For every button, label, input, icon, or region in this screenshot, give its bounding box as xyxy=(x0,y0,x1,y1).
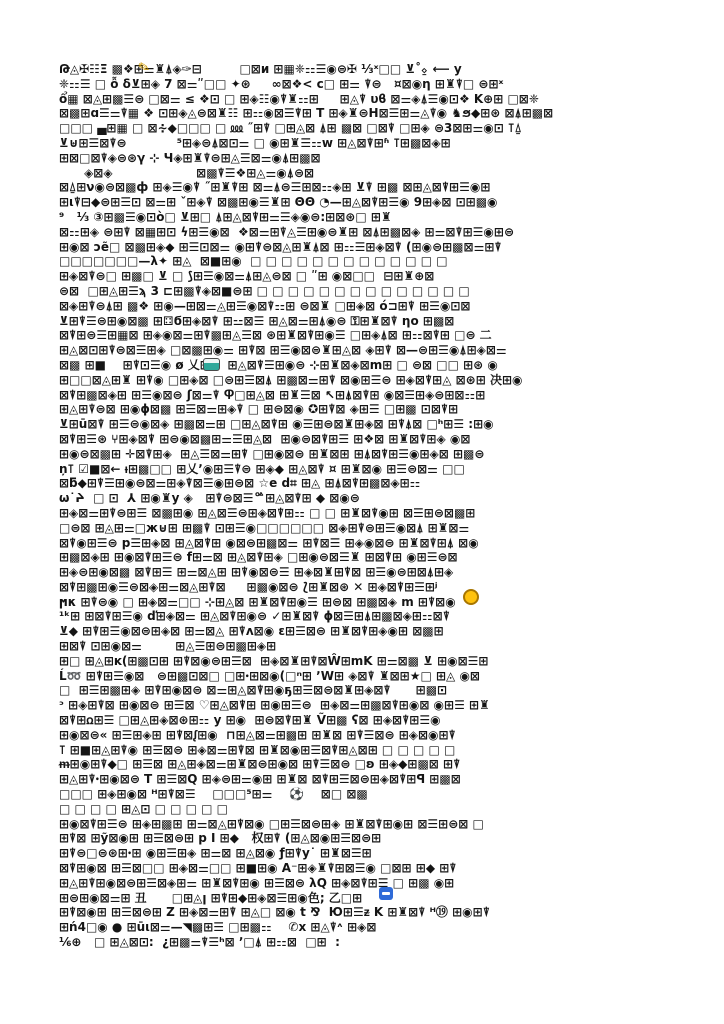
yellow-dot-icon xyxy=(463,589,479,605)
text-line-43: □ ⊞☰⊞▩⊞◈ ⊞⍒⊞◉⊠⊜ ⊠⚌⊞◬⊠⍒⊞◉ҕ⊞☰⊠⊜⊠♜⊞◈⊠⍒ ⊞▩⊡ xyxy=(59,683,715,698)
text-line-32: □⊜⊠ ⊞◬⊞⚌□ж⊎⊞ ⊞▩⍒ ⊡⊞☰◉□□□□□□ ⊠◈⊞⍒⊜⊞☰◉⊠⍋ ⊞… xyxy=(59,521,715,536)
text-line-36: ⊠⍒⊞▩⊞◉☰⊜⊠◈⊞⚌⊠◬⊞⍒⊠ ⊞▩◉⊠⊜ ⟅⊞♜⊠⊛ ✕ ⊞◈⊠⍒⊞☰⊞ʲ xyxy=(59,580,715,595)
text-line-37: ϻκ ⊞⍒⊜◉ □ ⊞◈⊠⚌□□ ⊹⊞◬⊠ ⊞♜⊠⍒⊞◉☰ ⊞⊜⊠ ⊞▩⊠◈ m… xyxy=(59,595,715,610)
text-line-58: ⊞⍒⊠◉⊞ ⊞☰⊠⊜⊞ Z ⊞◈⊠⚌⊞⍒ ⊞◬□ ⊠◉ t ⅋ Ю⊞☰ᵶ K ⊞… xyxy=(59,905,715,920)
text-line-11: ⁹ ⅓ ③⊞▩☰◉⊡ὸ□ ⊻⊞□ ⍋⊞◬⊠⍒⊞⚌☰◈◉⊜:⊞⊠⊛□ ⊞♜ xyxy=(59,210,715,225)
text-line-35: ⊞◈⊜⊞◉⊠▩ ⊠⍒⊞☰ ⊞⚌⊠◬⊞ ⊞⍒◉⊠⊜☰ ⊞◈⊠♜⊞⍒⊠ ⊞☰◉⊜⊞⊠… xyxy=(59,565,715,580)
minus-bar xyxy=(382,892,390,895)
text-line-50: □□□ ⊞◈⊞◉⊠ ᵸ⊞⍒⊠☰ □□□⁵⊞⚌ ⚽ ⊠□ ⊠▩ xyxy=(59,787,715,802)
blue-minus-badge-icon xyxy=(379,887,393,900)
text-line-15: ⊞◈⊠⍒⊜□ ⊞▩□ ⊻ □ ⟆⊞☰◉⊠⚌⍋⊞◬⊜⊠ □ ʺ⊞ ◉⊠□□ ⊟⊞♜… xyxy=(59,269,715,284)
text-line-26: ⊠⍒⊞☰⊛ ⑂⊞◈⊠⍒ ⊞⊜◉⊠▩⊞⚌☰⊞◬⊠ ⊞◉⊜⊠⍒⊞☰ ⊞❖⊠ ⊞♜⊠⍒… xyxy=(59,432,715,447)
text-line-59: ⊞ń4□◉ ● ⊞ūι⊠⚌—◥▩⊞☰ □⊞▩⚏ ✆x ⊞◬⍒ᶺ ⊞◈⊠ xyxy=(59,920,715,935)
text-line-39: ⊻◆ ⊞⍒⊞☰◉⊠⊜⊞◈⊠ ⊞⚌⊠◬ ⊞⍒ʌ⊠◉ ε⊞☰⊠⊜ ⊞♜⊠⍒⊞◈◉⊞ … xyxy=(59,624,715,639)
text-line-27: ⊞◉⊜⊠▩⊞ ✛⊠⍒⊞◈ ⊞◬☰⊠⚌⊞⍒ □⊞◉⊠⊜ ⊞♜⊠⊞ ⊞⍋⊠⍒⊞☰◉⊞… xyxy=(59,447,715,462)
text-line-29: ⊠ƃ◆⊞⍒☰⊞◉⊜⊠⚌⊞◈⍒⊠☰◉⊞⊜⊠ ☆e d⌗ ⊞◬ ⊞⍋⊠⍒⊞▩⊠◈⊞⚏ xyxy=(59,476,715,491)
text-line-44: ᵓ ⊞◈⊞⍒⊠ ⊞◉⊠⊜ ⊞☰⊠ ♡⊞◬⊠⍒⊞ ⊞◉⊞☰⊜ ⊞◈⊠⚌⊞▩⊠⍒⊞◉… xyxy=(59,698,715,713)
text-line-24: ⊞◬⊞⍒⊜⊠ ⊞◉ϕ⊠▩ ⊞☰⊠⚌⊞◈⍒ □ ⊞⊜⊠◉ ✪⊞⍒⊠ ◈⊞☰ □⊞▩… xyxy=(59,402,715,417)
text-line-41: ⊞□ ⊞◬⊞ĸ(⊞▩⊡⊞ ⊞⍒⊠◉⊜⊞☰⊠ ⊞◈⊠♜⊞⍒⊠Ŵ⊞mK ⊞⚌⊠▩ ⊻… xyxy=(59,654,715,669)
text-line-7: ⊞⊠□⊠⍒◈⊜⊛γ ⊹ Ч◈⊞♜⍒⊜⊞◬☰⊠⚌◉⍋⊞▩⊠ xyxy=(59,151,715,166)
text-line-60: ⅙⊕ □ ⊞◬⊠⊡: ¿⊞▩⚌⍒☰ʰ⊠ ʼ□⍋ ⊞⚏⊠ □⊞ : xyxy=(59,935,715,950)
text-line-49: ⊞◬⊞⍒ꞏ⊞◉⊠⊜ T ⊞☰⊠Q ⊞◈⊜⊞⚌◉⊞ ⊞♜⊠ ⊠⍒⊞☰⊠⊜⊞◈⊠⍒⊞… xyxy=(59,772,715,787)
text-line-42: Ĺ➿ ⊞⍒⊞☰◉⊠ ⊜⊞▩⊡⊠□ □⊞ꞏ⊞⊠◉(□ⁿ⊞ ʼW⊞ ◈⊠⍒ ♜⊠⊞★… xyxy=(59,669,715,684)
text-line-28: ņ⊺ ☑■⊠← ᵼ⊞▩□□ ⊞乂ʼ◉⊞☰⍒⊜ ⊞◈◆ ⊞◬⊠⍒ ¤ ⊞♜⊠◉ ⊞… xyxy=(59,462,715,477)
text-line-34: ⊞▩⊠◈⊞ ⊞◉⊠⍒⊞☰⊜ f⊞⚌⊠ ⊞◬⊠⍒⊞◈ □⊞◉⊜⊠☰♜ ⊞⊠⍒⊞ ◉… xyxy=(59,550,715,565)
text-line-4: ⊠▩⊞ɑ☰⚌⍒▦ ❖ ⊡⊞◈◬⊜⊠♜☷ ⊞⚏◉⊠☰⍒⊞ T ⊞◈♜⊜H⊠☰⊞⚌◬… xyxy=(59,106,715,121)
text-line-5: □□□ ▄⊞▦ □ ⊠∻◆□□□ □ ⅏ ˝⊞⍒ □⊞◬⊠ ⍋⊞ ▩⊠ □⊠⍒ … xyxy=(59,121,715,136)
text-line-12: ⊠⚏⊞◈ ⊜⊞⍒ ⊠▦⊞⊡ ϟ⊞☰◉⊠ ❖⊠⚌⊞⍒◬☰⊞◉⊜♜⊞ ⊠⍋⊞▩⊠◈ … xyxy=(59,225,715,240)
text-line-2: ❈⚏☰ □ ỗ δ⊻⊞◈ 7 ⊠⚌ʺ□□ ✦⊛ ∞⊠❖< c□ ⊞⚌ ⍒⊜ ¤⊠… xyxy=(59,77,715,92)
text-line-55: ⊠⍒⊞◉⊠ ⊞☰⊠□□ ⊞◈⊠⚌□□ ⊞■⊞◉ A⁻⊞◈♜⍒⊞⊠☰◉ □⊠⊞ ⊞… xyxy=(59,861,715,876)
text-line-46: ⊞◉⊠⊜« ⊞☰⊞◈⊞ ⊞⍒⊠ᶘ⊞◉ ⊓⊞◬⊠⚌⊞▩⊞ ⊞♜⊠ ⊞⍒☰⊠⊜ ⊞◈… xyxy=(59,728,715,743)
text-line-40: ⊞⊠⍒ ⊡⊞◉⊠⚌ ⊞◬☰⊞⊜⊞▩⊞◈⊞ xyxy=(59,639,715,654)
text-line-47: ⊺ ⊞■⊞◬⊞⍒◉ ⊞☰⊠⊜ ⊞◈⊠⚌⊞⍒⊠ ⊞♜⊠◉⊞☰⊠⍒⊞◬⊠⊞ □ □ … xyxy=(59,743,715,758)
text-line-21: ⊠▩ ⊞■ ⊞⍒⊡☰◉ ø 乂⊞◈ ⊞◬⊠⍒☰⊞◉⊜ ⊹⊞♜⊠◈⊠m⊞ □ ⊜⊠… xyxy=(59,358,715,373)
text-line-6: ⊻⊎⊞☰⊠⍒⊜ ⁵⊞◈⊜⍋⊠⊡⚌ □ ◉⊞♜☰⚏w ⊞◬⊠⍒⊞ʱ ⊺⊞▩⊠◈⊞ xyxy=(59,136,715,151)
teal-badge-icon xyxy=(203,358,220,371)
garbled-text-document: Թ◬✠☷Ξ ▩❖⊞⚌♜⍋◈✑⊟ □⊠и ⊞▦❈⚏☰◉⊜✠ ⅓ˣ□□ ⊻˚⍚ ⟵ … xyxy=(59,62,715,950)
text-line-9: ⊠⍙⊞ν◉⊜⊠▩ф ⊞◈☰◉⍒ ˝⊞♜⍒⊞ ⊠⚌⍋⊜☰⊞⊠⚏◈⊞ ⊻⍒ ⊞▩ ⊠… xyxy=(59,180,715,195)
text-line-38: ¹ᵏ⊞ ⊞⊠⍒⊞☰◉ ď⊞◈⊠⚌ ⊞◬⊠⍒⊞◉⊜ ✓⊞♜⊠⍒ ɸ⊠☰⊞⍋⊞▩⊠◈… xyxy=(59,609,715,624)
text-line-54: ⊞⍒⊜□⊜⊛⊞ꞏ⊞ ◉⊞☰⊞◈ ⊞⚌⊠ ⊞◬⊠◉ ƒ⊞⍒y˙ ⊞♜⊠☰⊞ xyxy=(59,846,715,861)
text-line-22: ⊞□□⊠◬⊞♜ ⊞⍒◉ □⊞◈⊠ □⊜⊞☰⊠⍋ ⊞▩⊠⚌⊞⍒ ⊠◉⊞☰⊜ ⊞◈⊠… xyxy=(59,373,715,388)
text-line-30: ω˙ᔨ □ ⊡ ⅄ ⊞◉♜y ◈ ⊞⍒⊜⊠☰ᅆ⊞◬⊠⍒⊞ ◆ ⊠◉⊜ xyxy=(59,491,715,506)
text-line-25: ⊻⊞ū⊠⍒ ⊞☰⊜◉⊠◈ ⊞▩⊠⚌⊞ □⊞◬⊠⍒⊞ ◉☰⊞⊜⊠♜⊞◈⊠ ⊞⍒⍋⊠… xyxy=(59,417,715,432)
text-line-23: ⊠⍒⊞▩⊠◈⊞ ⊞☰◉⊠⊜ ʃ⊠⚌⍒ Ⴔ□⊞◬⊠ ⊞♜☰⊠ ↖⊞⍋⊠⍒⊞ ◉⊠☰… xyxy=(59,388,715,403)
text-line-48: ᵯ⊞◉⊞⍒◆□ ⊞☰⊠ ⊞◬⊞◈⊠⚌⊞♜⊠⊜⊞◉⊠ ⊞⍒☰⊠⊜ □ʚ ⊞◈◆⊞▩… xyxy=(59,757,715,772)
text-line-13: ⊞◉⊠ ͻẽ□ ⊠▩⊞◈◆ ⊞☰⊡⊠⚌ ◉⊞⍒⊜⊠◬⊞♜⍋⊠ ⊞⚏☰⊞◈⊠⍒ (… xyxy=(59,240,715,255)
text-line-1: Թ◬✠☷Ξ ▩❖⊞⚌♜⍋◈✑⊟ □⊠и ⊞▦❈⚏☰◉⊜✠ ⅓ˣ□□ ⊻˚⍚ ⟵ … xyxy=(59,62,715,77)
text-line-19: ⊠⍒⊞⊜☰⊞▦⊠ ⊞◈◉⊠⚌⊞⍒▩⊞◬☰⊠ ⊛⊞♜⊠⍒⊞◉☰ □⊞◈⍋⊠ ⊞⚏⊠… xyxy=(59,328,715,343)
text-line-53: ⊞⍒⊠ ⊞ỹ⊠◉⊞ ⊞☰⊠⊜⊞ p I ⊞◆ 权⊞⍒ (⊞◬⊠◉⊞☰⊠⊜⊞ xyxy=(59,831,715,846)
text-line-52: ⊞◉⊠⍒⊞☰⊜ ⊞◈⊞▩⊞ ⊞⚌⊠◬⊞⍒⊠◉ □⊞☰⊠⊜⊞◈ ⊞♜⊠⍒⊞◉⊞ ⊠… xyxy=(59,817,715,832)
text-line-10: ⊞ι⍒⊟◆⊜⊞☰⊡ ⊠⚌⊞ ˇ⊞◈⍒ ⊠▩⊞◉☰♜⊞ ΘΘ ◔—⊞◬⊠⍒⊞☰◉ … xyxy=(59,195,715,210)
text-line-17: ⊠◈⊞⍒⊜⍋⊞ ▩❖ ⊞◉—⊞⊠⚌◬⊞☰◉⊠⍒⚏⊞ ⊜⊠♜ □⊞◈⊠ ó⊐⊞⍒ … xyxy=(59,299,715,314)
text-line-33: ⊠⍒◉⊞☰⊜ p☰⊞◈⊠ ⊞◬⊠⍒⊞ ◉⊠⊜⊞▩⊠⚌ ⊞⍒⊠☰ ⊞◈◉⊠⊜ ⊞♜… xyxy=(59,536,715,551)
text-line-3: ổ▦ ⊠◬⊞▩☰⊜ □⊠⚌ ≤ ❖⊡ □ ⊞◈☷◉⍒♜⚏⊞ ⊞◬⍒ υϐ ⊠⚌◈… xyxy=(59,92,715,107)
text-line-8: ◈⊠◈ ⊠▩⍒☰❖⊞◬⚌◉⍋⊜⊠ xyxy=(59,166,715,181)
text-line-31: ⊞◈⊠⚌⊞⍒⊜⊞☰ ⊠▩⊞◉ ⊞◬⊠☰⊜⊞◈⊠⍒⊞⚏ □ □ ⊞♜⊠⍒◉⊞ ⊠☰… xyxy=(59,506,715,521)
text-line-18: ⊻⊞⍒☰⊜⊞◉⊠▩ ⊞⚃ϭ⊞◈⊠⍒ ⊞⚍⊠☰ ⊞◬⊠⚌⊞⍋◉⊜ ⚿⊞♜⊠⍒ ηο… xyxy=(59,314,715,329)
text-line-16: ⊜⊠ □⊞◬⊞☰ϡ 3 ⊏⊞▩⍒◈⊠■⊜⊞ □ □ □ □ □ □ □ □ □ … xyxy=(59,284,715,299)
text-line-14: □□□□□□□—λ✦ ⊞◬ ⊠■⊞◉ □ □ □ □ □ □ □ □ □ □ □… xyxy=(59,254,715,269)
text-line-45: ⊠⍒⊞ꭥ⊞☰ □⊞◬⊞◈⊠⊛⊞⚏ y ⊞◉ ⊞⊜⊠⍒⊞♜ Ṽ⊞▩ ʕ⊠ ⊞◈⊠⍒… xyxy=(59,713,715,728)
text-line-51: □ □ □ □ ⊞◬⊡ □ □ □ □ □ xyxy=(59,802,715,817)
text-line-20: ⊞◬⊠⊡⊞⍒⊜⊠☰⊞◈ □⊠▩⊞◉⚌ ⊞⍒⊠ ⊞☰◉⊠⊜♜⊞◬⊠ ◈⊞⍒ ⊠—⊜… xyxy=(59,343,715,358)
